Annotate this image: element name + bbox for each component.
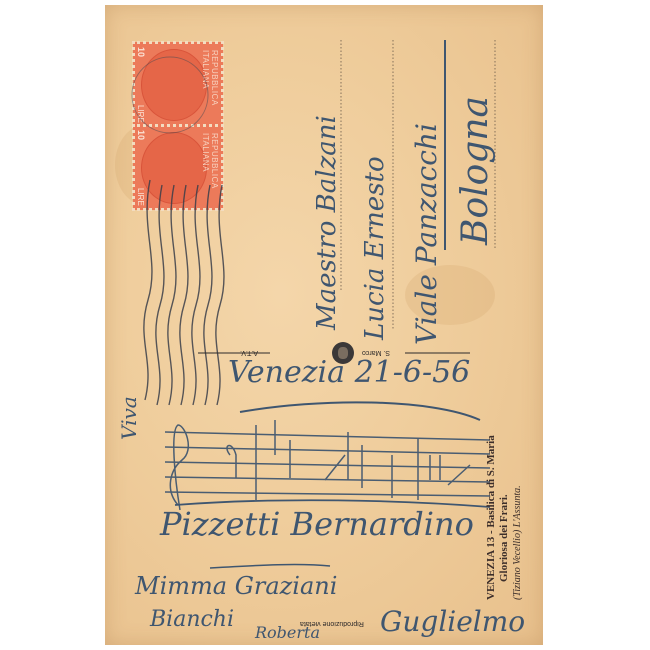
signature: Mimma Graziani [135,572,337,600]
main-signature: Pizzetti Bernardino [160,505,474,543]
address-line-4: Bologna [455,96,496,245]
caption-line: VENEZIA 13 - Basilica di S. Maria [485,435,498,600]
address-line-2: Lucia Ernesto [360,156,390,340]
caption-line: Gloriosa dei Frari. [498,435,511,600]
greeting: Viva [117,396,141,440]
caption-line: (Tiziano Vecellio) L'Assunta. [511,435,524,600]
place-date: Venezia 21-6-56 [228,355,470,390]
reproduction-notice: Riproduzione vietata [300,620,364,627]
address-line-1: Maestro Balzani [312,115,342,330]
signature: Guglielmo [380,605,525,638]
signature: Bianchi [150,607,234,632]
address-line-3: Viale Panzacchi [410,123,443,345]
printed-caption: VENEZIA 13 - Basilica di S. Maria Glorio… [485,435,524,600]
